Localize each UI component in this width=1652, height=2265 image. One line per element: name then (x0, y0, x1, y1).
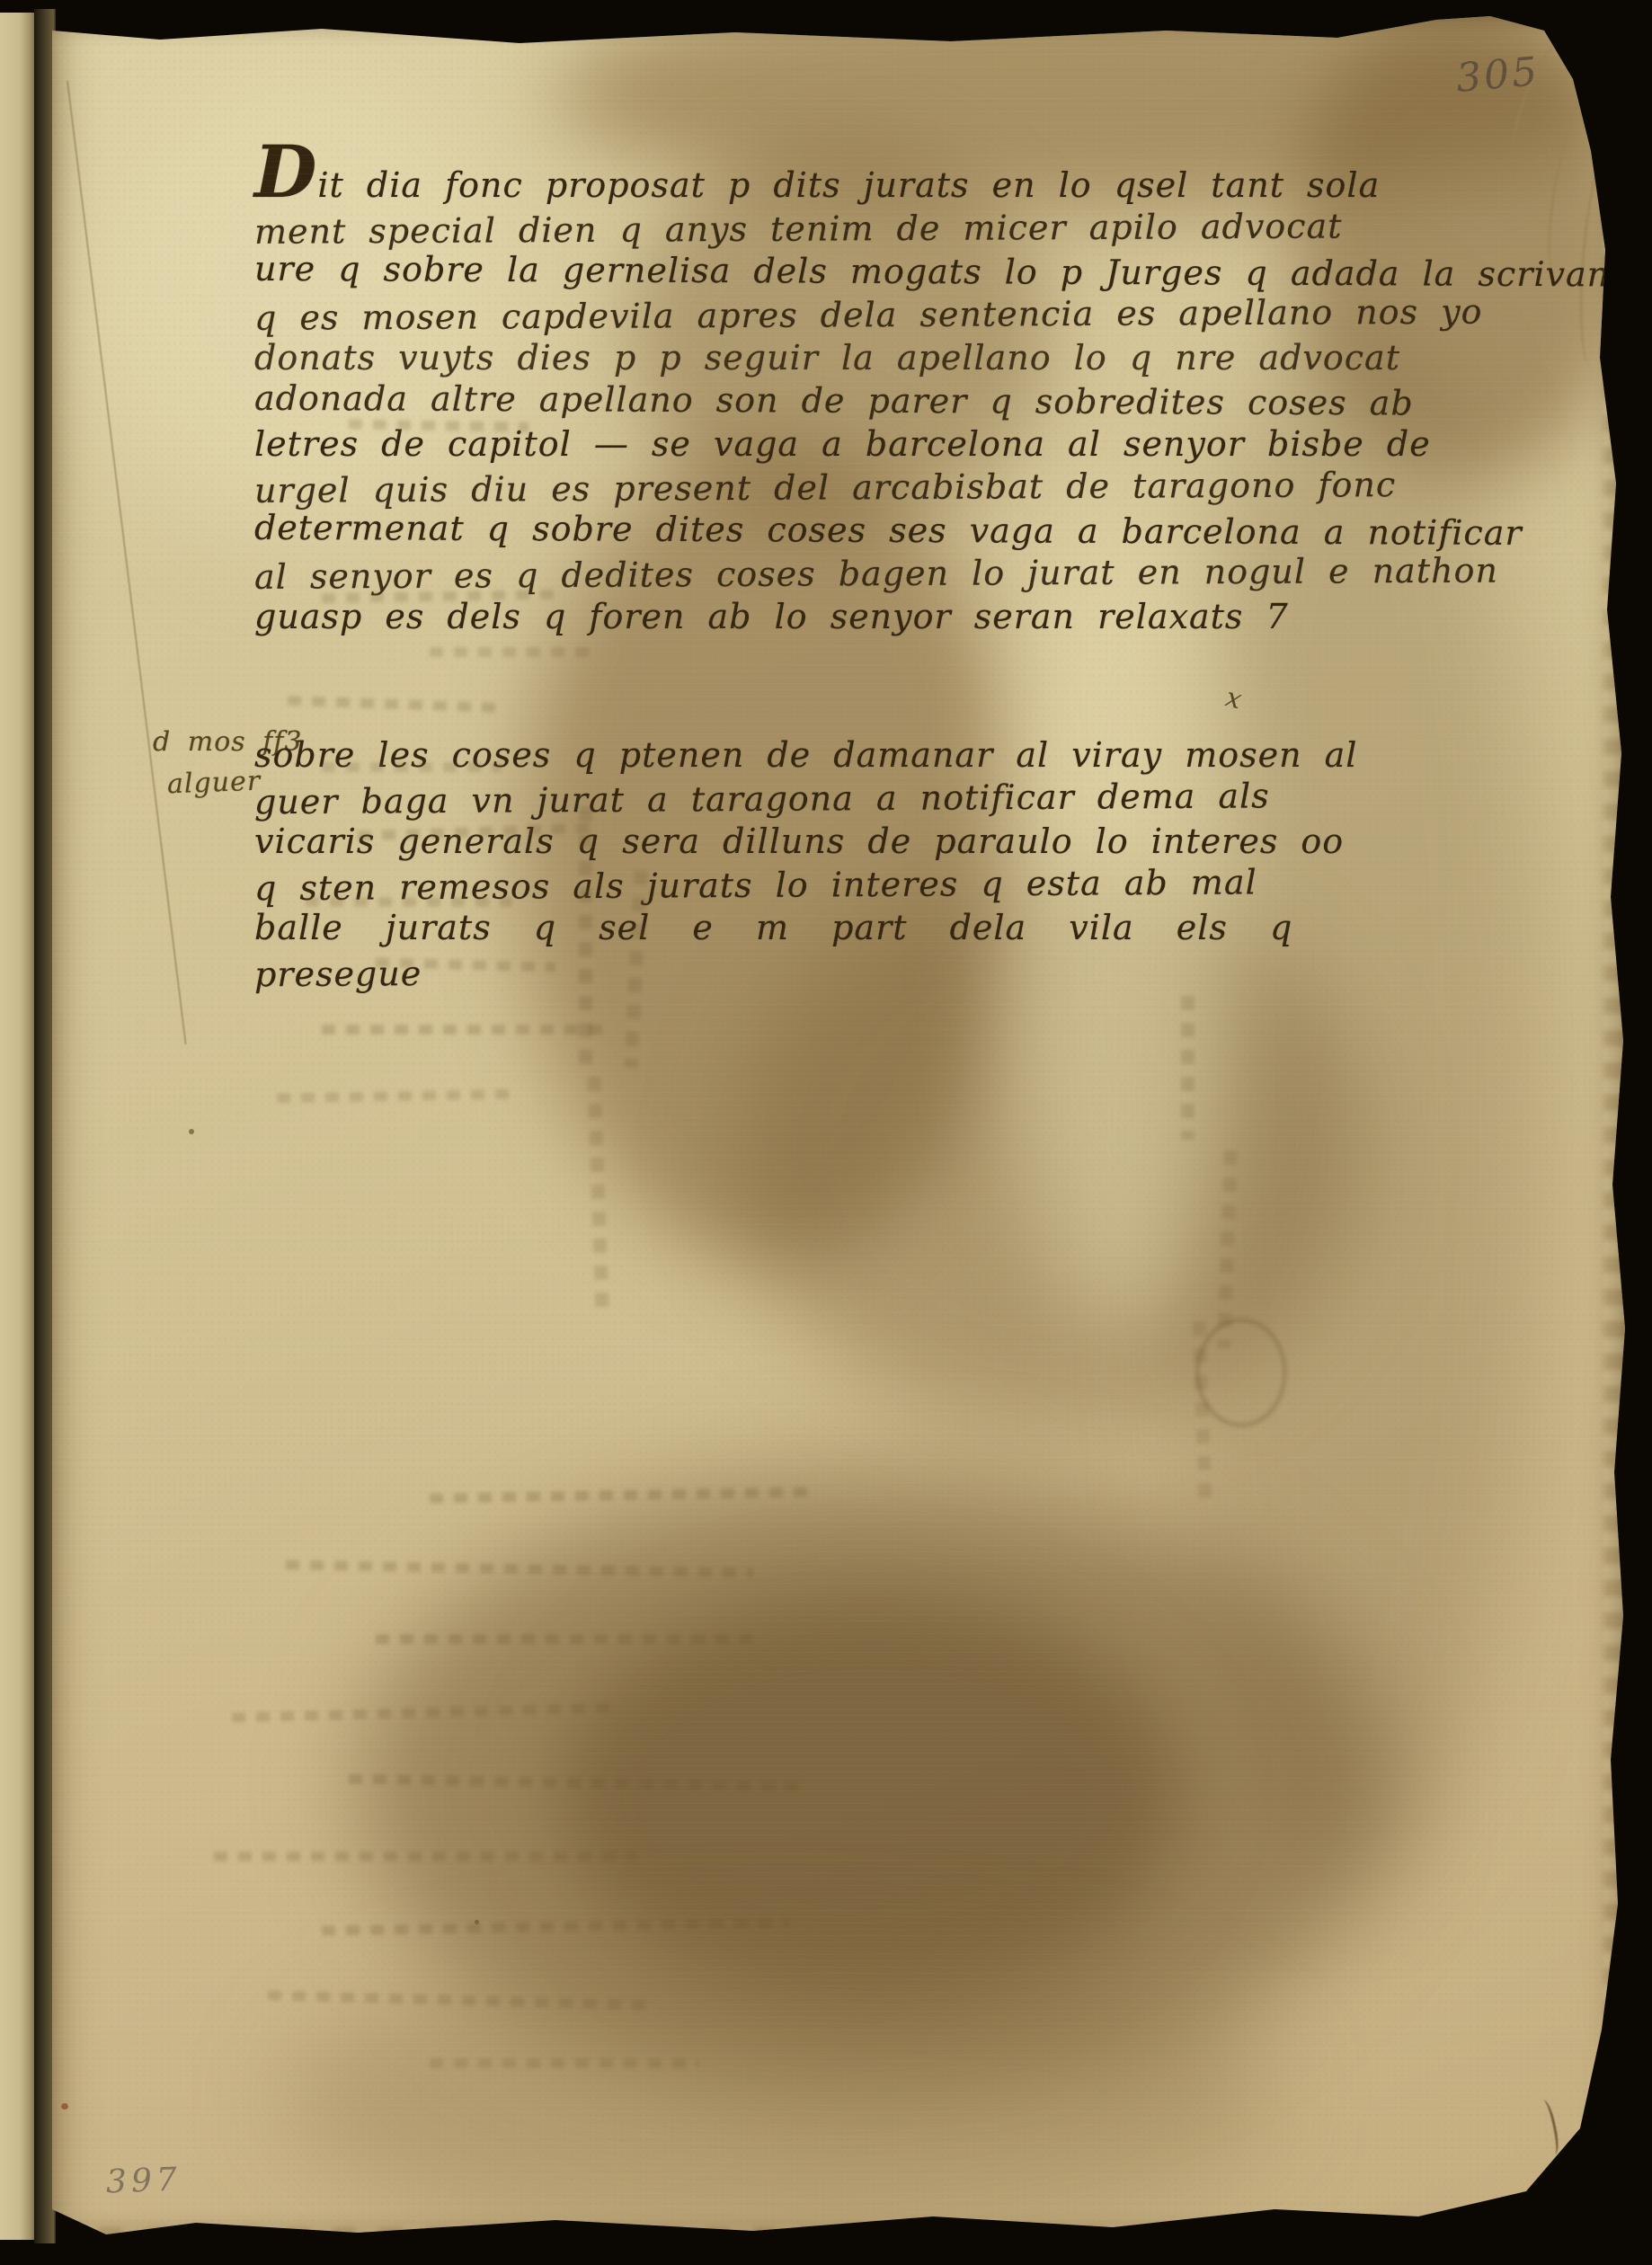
paper-crease-line (67, 81, 187, 1044)
bleed-through-smudge (286, 1559, 753, 1577)
paper-speck (475, 1920, 479, 1924)
interline-x-mark: x (1222, 681, 1245, 715)
deckled-right-edge (1603, 16, 1627, 2243)
handwriting-line: urgel quis diu es present del arcabisbat… (254, 462, 1567, 512)
handwriting-line: al senyor es q dedites coses bagen lo ju… (254, 548, 1567, 599)
paragraph-1: Dit dia fonc proposat p dits jurats en l… (254, 158, 1567, 638)
handwriting-line: determenat q sobre dites coses ses vaga … (254, 506, 1567, 555)
bleed-through-smudge (277, 1089, 511, 1104)
handwriting-line: presegue (254, 946, 1513, 997)
handwriting-line: adonada altre apellano son de parer q so… (254, 377, 1567, 425)
manuscript-photo: 305 397 Dit dia fonc proposat p dits jur… (0, 0, 1652, 2265)
paper-speck (61, 2103, 68, 2110)
bleed-through-smudge (322, 1917, 789, 1935)
handwriting-line: letres de capitol — se vaga a barcelona … (254, 422, 1567, 466)
handwriting-line: guasp es dels q foren ab lo senyor seran… (254, 595, 1567, 638)
handwriting-line: ment special dien q anys tenim de micer … (254, 203, 1567, 253)
ink-speck (1535, 2099, 1562, 2156)
bleed-through-smudge (322, 1025, 609, 1035)
handwriting-line: Dit dia fonc proposat p dits jurats en l… (254, 158, 1567, 207)
bleed-through-smudge (1181, 996, 1195, 1140)
bleed-through-smudge (288, 696, 503, 713)
bleed-through-smudge (349, 1774, 798, 1792)
handwriting-line: vicaris generals q sera dilluns de parau… (254, 820, 1513, 863)
handwriting-line: ure q sobre la gernelisa dels mogats lo … (254, 247, 1567, 296)
stain-lower-large (358, 1472, 1391, 2101)
bleed-through-smudge (430, 1487, 807, 1503)
handwriting-line: donats vuyts dies p p seguir la apellano… (254, 336, 1567, 379)
previous-page-edge (0, 13, 36, 2240)
handwriting-line: q es mosen capdevila apres dela sentenci… (254, 289, 1567, 340)
bleed-through-smudge (268, 1990, 654, 2010)
folio-number-top: 305 (1454, 49, 1541, 102)
handwriting-line: q sten remesos als jurats lo interes q e… (254, 859, 1513, 910)
bleed-through-smudge (214, 1852, 636, 1861)
folio-number-bottom: 397 (105, 2162, 182, 2201)
bleed-through-ring (1195, 1318, 1287, 1427)
handwriting-line: sobre les coses q ptenen de damanar al v… (254, 733, 1513, 777)
bleed-through-smudge (376, 1634, 762, 1644)
paper-speck (189, 1129, 194, 1134)
stain-bottom-fade (286, 1949, 1275, 2243)
paragraph-2: sobre les coses q ptenen de damanar al v… (254, 733, 1513, 992)
stain-lower-core (555, 1589, 1185, 2003)
bleed-through-smudge (587, 1077, 608, 1310)
bleed-through-smudge (232, 1703, 609, 1723)
bleed-through-smudge (430, 2058, 699, 2068)
handwriting-line: guer baga vn jurat a taragona a notifica… (254, 773, 1513, 824)
bleed-through-smudge (430, 647, 591, 657)
handwriting-line: balle jurats q sel e m part dela vila el… (254, 906, 1513, 949)
deckled-bottom-edge (52, 2227, 1627, 2243)
manuscript-page: 305 397 Dit dia fonc proposat p dits jur… (52, 16, 1627, 2243)
